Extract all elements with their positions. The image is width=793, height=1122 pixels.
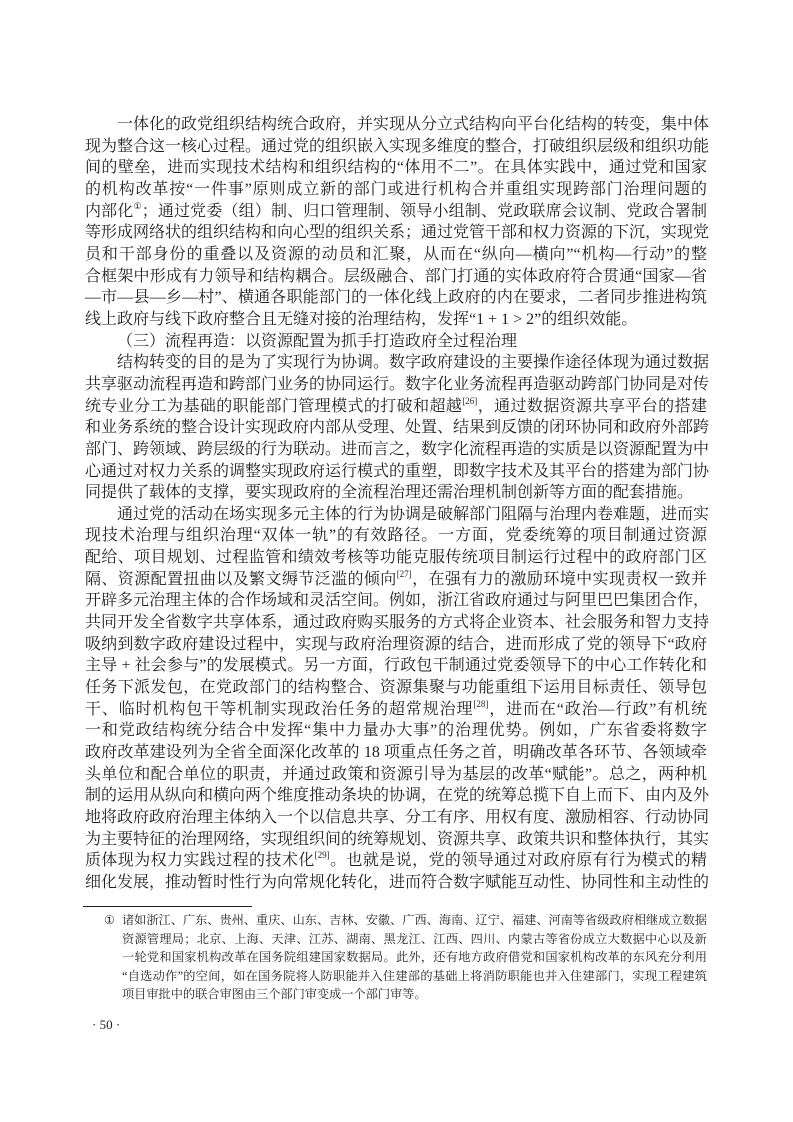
text-line: 质体现为权力实践过程的技术化[29]。也就是说，党的领导通过对政府原有行为模式的… [85,850,707,872]
footnote-marker: ① [104,911,115,930]
citation-reference[interactable]: [26] [462,396,477,406]
text-segment: ，在强有力的激励环境中实现责权一致并 [412,571,707,588]
text-line: 一和党政结构统分结合中发挥“集中力量办大事”的治理优势。例如，广东省委将数字 [85,720,707,742]
footnotes: ① 诸如浙江、广东、贵州、重庆、山东、吉林、安徽、广西、海南、辽宁、福建、河南等… [104,911,707,1004]
text-segment: ，进而在“政治—行政”有机统 [488,701,707,718]
text-segment: 隔、资源配置扭曲以及繁文缛节泛滥的倾向 [85,571,397,588]
text-line: 干、临时机构包干等机制实现政治任务的超常规治理[28]，进而在“政治—行政”有机… [85,699,707,721]
text-line: 任务下派发包，在党政部门的结构整合、资源集聚与功能重组下运用目标责任、领导包 [85,677,707,699]
text-line: 共同开发全省数字共享体系，通过政府购买服务的方式将企业资本、社会服务和智力支持 [85,612,707,634]
text-line: 吸纳到数字政府建设过程中，实现与政府治理资源的结合，进而形成了党的领导下“政府 [85,634,707,656]
footnote-line: 一轮党和国家机构改革在国务院组建国家数据局。此外，还有地方政府借党和国家机构改革… [122,948,707,967]
text-line: 一体化的政党组织结构统合政府，并实现从分立式结构向平台化结构的转变，集中体 [85,114,707,136]
footnote-reference[interactable]: ① [133,201,141,211]
text-line: 员和干部身份的重叠以及资源的动员和汇聚，从而在“纵向—横向”“机构—行动”的整 [85,244,707,266]
text-segment: 内部化 [85,203,133,220]
footnote-line: 项目审批中的联合审图由三个部门审变成一个部门审等。 [122,985,707,1004]
text-line: 同提供了载体的支撑，要实现政府的全流程治理还需治理机制创新等方面的配套措施。 [85,482,707,504]
text-line: 开辟多元治理主体的合作场域和灵活空间。例如，浙江省政府通过与阿里巴巴集团合作， [85,590,707,612]
text-line: 通过党的活动在场实现多元主体的行为协调是破解部门阻隔与治理内卷难题，进而实 [85,504,707,526]
text-segment: 统专业分工为基础的职能部门管理模式的打破和超越 [85,398,462,415]
text-line: 合框架中形成有力领导和结构耦合。层级融合、部门打通的实体政府符合贯通“国家—省 [85,266,707,288]
text-segment: 。也就是说，党的领导通过对政府原有行为模式的精 [330,852,707,869]
text-line: 制的运用从纵向和横向两个维度推动条块的协调，在党的统筹总揽下自上而下、由内及外 [85,785,707,807]
text-line: 线上政府与线下政府整合且无缝对接的治理结构，发挥“1 + 1 > 2”的组织效能… [85,309,707,331]
body-text: 一体化的政党组织结构统合政府，并实现从分立式结构向平台化结构的转变，集中体 现为… [85,114,707,894]
text-line: 内部化①；通过党委（组）制、归口管理制、领导小组制、党政联席会议制、党政合署制 [85,201,707,223]
text-line: 心通过对权力关系的调整实现政府运行模式的重塑，即数字技术及其平台的搭建为部门协 [85,461,707,483]
text-line: 结构转变的目的是为了实现行为协调。数字政府建设的主要操作途径体现为通过数据 [85,352,707,374]
footnote-line: 资源管理局；北京、上海、天津、江苏、湖南、黑龙江、江西、四川、内蒙古等省份成立大… [122,930,707,949]
text-line: 间的壁垒，进而实现技术结构和组织结构的“体用不二”。在具体实践中，通过党和国家 [85,157,707,179]
text-segment: 干、临时机构包干等机制实现政治任务的超常规治理 [85,701,473,718]
text-line: 共享驱动流程再造和跨部门业务的协同运行。数字化业务流程再造驱动跨部门协同是对传 [85,374,707,396]
paragraph: 通过党的活动在场实现多元主体的行为协调是破解部门阻隔与治理内卷难题，进而实 现技… [85,504,707,894]
footnote-line: “自选动作”的空间，如在国务院将人防职能并入住建部的基础上将消防职能也并入住建部… [122,967,707,986]
text-line: 统专业分工为基础的职能部门管理模式的打破和超越[26]，通过数据资源共享平台的搭… [85,396,707,418]
text-line: 等形成网络状的组织结构和向心型的组织关系；通过党管干部和权力资源的下沉，实现党 [85,222,707,244]
citation-reference[interactable]: [29] [315,850,330,860]
text-line: 地将政府政府治理主体纳入一个以信息共享、分工有序、用权有度、激励相容、行动协同 [85,807,707,829]
footnote-line: 诸如浙江、广东、贵州、重庆、山东、吉林、安徽、广西、海南、辽宁、福建、河南等省级… [122,911,707,930]
text-line: 主导 + 社会参与”的发展模式。另一方面，行政包干制通过党委领导下的中心工作转化… [85,655,707,677]
text-line: 现技术治理与组织治理“双体一轨”的有效路径。一方面，党委统筹的项目制通过资源 [85,525,707,547]
text-line: 和业务系统的整合设计实现政府内部从受理、处置、结果到反馈的闭环协同和政府外部跨 [85,417,707,439]
footnote-item: ① 诸如浙江、广东、贵州、重庆、山东、吉林、安徽、广西、海南、辽宁、福建、河南等… [104,911,707,1004]
paragraph: 一体化的政党组织结构统合政府，并实现从分立式结构向平台化结构的转变，集中体 现为… [85,114,707,331]
text-line: —市—县—乡—村”、横通各职能部门的一体化线上政府的内在要求，二者同步推进构筑 [85,287,707,309]
text-line: 部门、跨领域、跨层级的行为联动。进而言之，数字化流程再造的实质是以资源配置为中 [85,439,707,461]
text-line: 现为整合这一核心过程。通过党的组织嵌入实现多维度的整合，打破组织层级和组织功能 [85,136,707,158]
footnote-divider [83,906,252,907]
text-segment: ，通过数据资源共享平台的搭建 [477,398,707,415]
text-line: 细化发展，推动暂时性行为向常规化转化，进而符合数字赋能互动性、协同性和主动性的 [85,872,707,894]
text-line: 的机构改革按“一件事”原则成立新的部门或进行机构合并重组实现跨部门治理问题的 [85,179,707,201]
paragraph: 结构转变的目的是为了实现行为协调。数字政府建设的主要操作途径体现为通过数据 共享… [85,352,707,504]
text-segment: ；通过党委（组）制、归口管理制、领导小组制、党政联席会议制、党政合署制 [142,203,707,220]
page-number: · 50 · [92,1016,120,1034]
citation-reference[interactable]: [27] [397,569,412,579]
section-heading: （三）流程再造：以资源配置为抓手打造政府全过程治理 [85,331,707,353]
text-line: 为主要特征的治理网络，实现组织间的统筹规划、资源共享、政策共识和整体执行，其实 [85,829,707,851]
text-line: 头单位和配合单位的职责，并通过政策和资源引导为基层的改革“赋能”。总之，两种机 [85,764,707,786]
text-segment: 质体现为权力实践过程的技术化 [85,852,315,869]
citation-reference[interactable]: [28] [473,699,488,709]
text-line: 政府改革建设列为全省全面深化改革的 18 项重点任务之首，明确改革各环节、各领域… [85,742,707,764]
text-line: 配给、项目规划、过程监管和绩效考核等功能克服传统项目制运行过程中的政府部门区 [85,547,707,569]
text-line: 隔、资源配置扭曲以及繁文缛节泛滥的倾向[27]，在强有力的激励环境中实现责权一致… [85,569,707,591]
